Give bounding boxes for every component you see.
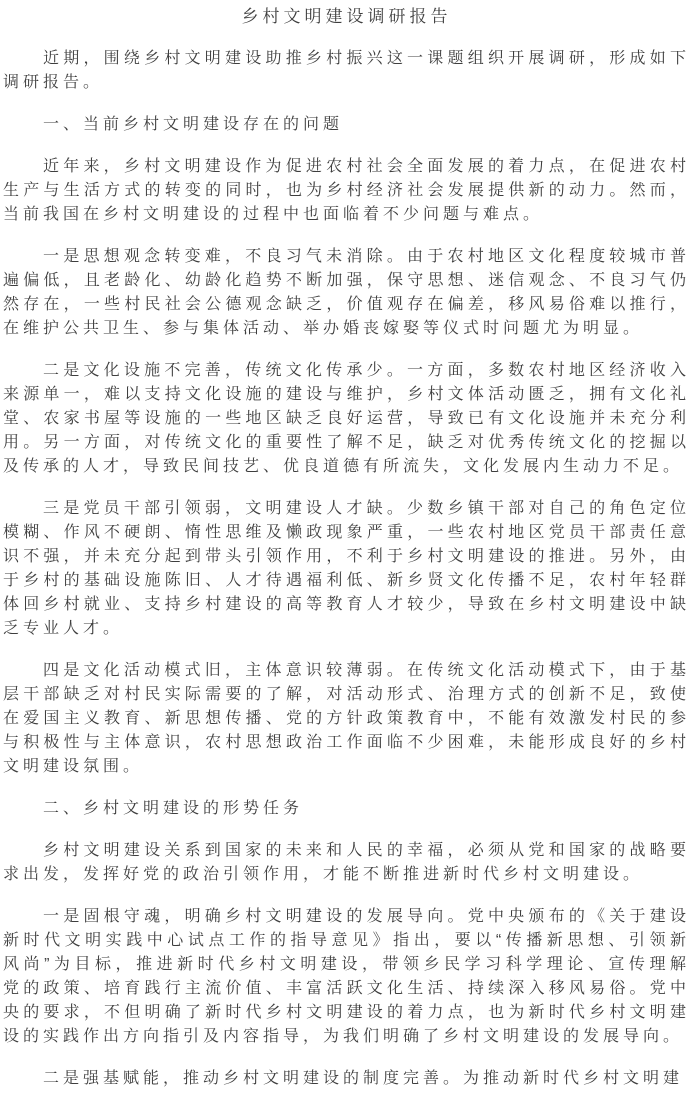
paragraph-task-1: 一是固根守魂，明确乡村文明建设的发展导向。党中央颁布的《关于建设新时代文明实践中… xyxy=(3,905,690,1049)
paragraph-task-2-truncated: 二是强基赋能，推动乡村文明建设的制度完善。为推动新时代乡村文明建 xyxy=(3,1067,690,1091)
paragraph-problem-1: 一是思想观念转变难，不良习气未消除。由于农村地区文化程度较城市普遍偏低，且老龄化… xyxy=(3,245,690,341)
paragraph-situation-overview: 乡村文明建设关系到国家的未来和人民的幸福，必须从党和国家的战略要求出发，发挥好党… xyxy=(3,839,690,887)
paragraph-problem-4: 四是文化活动模式旧，主体意识较薄弱。在传统文化活动模式下，由于基层干部缺乏对村民… xyxy=(3,659,690,779)
paragraph-problem-2: 二是文化设施不完善，传统文化传承少。一方面，多数农村地区经济收入来源单一，难以支… xyxy=(3,359,690,479)
document-title: 乡村文明建设调研报告 xyxy=(3,5,690,29)
report-document: 乡村文明建设调研报告 近期，围绕乡村文明建设助推乡村振兴这一课题组织开展调研，形… xyxy=(0,0,693,1091)
paragraph-problem-3: 三是党员干部引领弱，文明建设人才缺。少数乡镇干部对自己的角色定位模糊、作风不硬朗… xyxy=(3,497,690,641)
section-heading-2: 二、乡村文明建设的形势任务 xyxy=(3,797,690,821)
paragraph-overview-problems: 近年来，乡村文明建设作为促进农村社会全面发展的着力点，在促进农村生产与生活方式的… xyxy=(3,155,690,227)
intro-paragraph: 近期，围绕乡村文明建设助推乡村振兴这一课题组织开展调研，形成如下调研报告。 xyxy=(3,47,690,95)
section-heading-1: 一、当前乡村文明建设存在的问题 xyxy=(3,113,690,137)
